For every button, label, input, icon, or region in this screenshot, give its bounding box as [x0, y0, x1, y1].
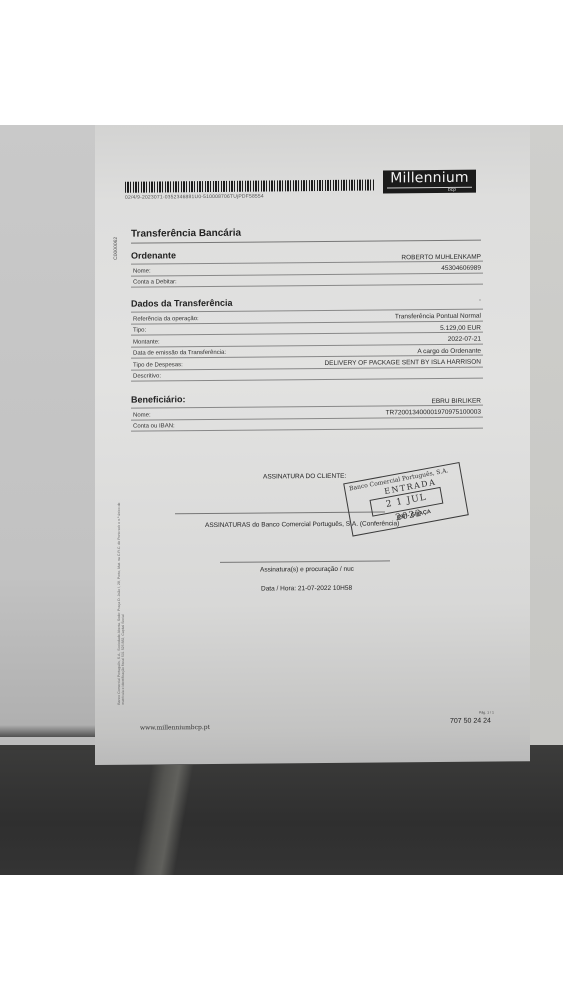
logo-line [387, 187, 472, 189]
field-value: ROBERTO MUHLENKAMP [401, 253, 481, 261]
field-label: Nome: [133, 268, 151, 274]
dark-surface [0, 745, 563, 875]
corner-mark: - [479, 298, 481, 304]
entry-stamp: Banco Comercial Português, S.A. ENTRADA … [343, 462, 469, 537]
footer-phone: 707 50 24 24 [450, 718, 491, 725]
client-signature-label: ASSINATURA DO CLIENTE: [263, 473, 346, 481]
strap-shadow [110, 765, 230, 875]
field-row: Descritivo: DELIVERY OF PACKAGE SENT BY … [131, 367, 483, 382]
field-label: Nome: [133, 412, 151, 418]
field-label: Referência da operação: [133, 316, 199, 323]
field-value: A cargo do Ordenante [417, 347, 481, 355]
field-value: 45304606989 [441, 265, 481, 272]
field-value: 5.129,00 EUR [440, 324, 481, 331]
field-label: Conta a Debitar: [133, 279, 177, 285]
barcode [125, 180, 375, 193]
section-beneficiario: Beneficiário: Nome: EBRU BIRLIKER Conta … [131, 392, 483, 432]
field-label: Tipo de Despesas: [133, 362, 183, 368]
field-value: Transferência Pontual Normal [395, 313, 481, 321]
document-title: Transferência Bancária [131, 228, 241, 240]
footer-url: www.millenniumbcp.pt [140, 724, 210, 732]
field-label: Conta ou IBAN: [133, 423, 175, 429]
field-label: Descritivo: [133, 373, 161, 379]
field-label: Tipo: [133, 328, 146, 334]
field-value: 2022-07-21 [448, 336, 481, 343]
field-row: Conta a Debitar: 45304606989 [131, 273, 483, 288]
millennium-logo: Millennium bcp [383, 170, 476, 194]
transfer-receipt: 02/4/9-2023071-0352346881U0-510008706TUj… [95, 125, 530, 765]
side-legal-text: Banco Comercial Português, S.A., Socieda… [117, 495, 125, 705]
date-time: Data / Hora: 21-07-2022 10H58 [261, 585, 352, 593]
table-edge [0, 737, 95, 745]
logo-name: Millennium [383, 170, 476, 188]
title-divider [131, 240, 481, 244]
field-row: Conta ou IBAN: TR72001340000197097510000… [131, 417, 483, 432]
field-label: Data de emissão da Transferência: [133, 350, 226, 357]
field-value: TR720013400001970975100003 [386, 409, 481, 417]
section-ordenante: Ordenante Nome: ROBERTO MUHLENKAMP Conta… [131, 248, 483, 288]
field-label: Montante: [133, 339, 160, 345]
document-photo: 02/4/9-2023071-0352346881U0-510008706TUj… [0, 125, 563, 875]
field-value: DELIVERY OF PACKAGE SENT BY ISLA HARRISO… [324, 359, 481, 367]
barcode-text: 02/4/9-2023071-0352346881U0-510008706TUj… [125, 194, 264, 201]
logo-sub: bcp [448, 187, 456, 193]
section-transfer-details: Dados da Transferência - Referência da o… [131, 296, 483, 382]
page-number: Pág. 1 / 1 [479, 711, 494, 715]
field-value: EBRU BIRLIKER [432, 397, 482, 404]
proxy-signature-label: Assinatura(s) e procuração / nuc [260, 566, 354, 574]
side-code: C0000062 [113, 237, 119, 260]
signature-line [220, 560, 390, 562]
